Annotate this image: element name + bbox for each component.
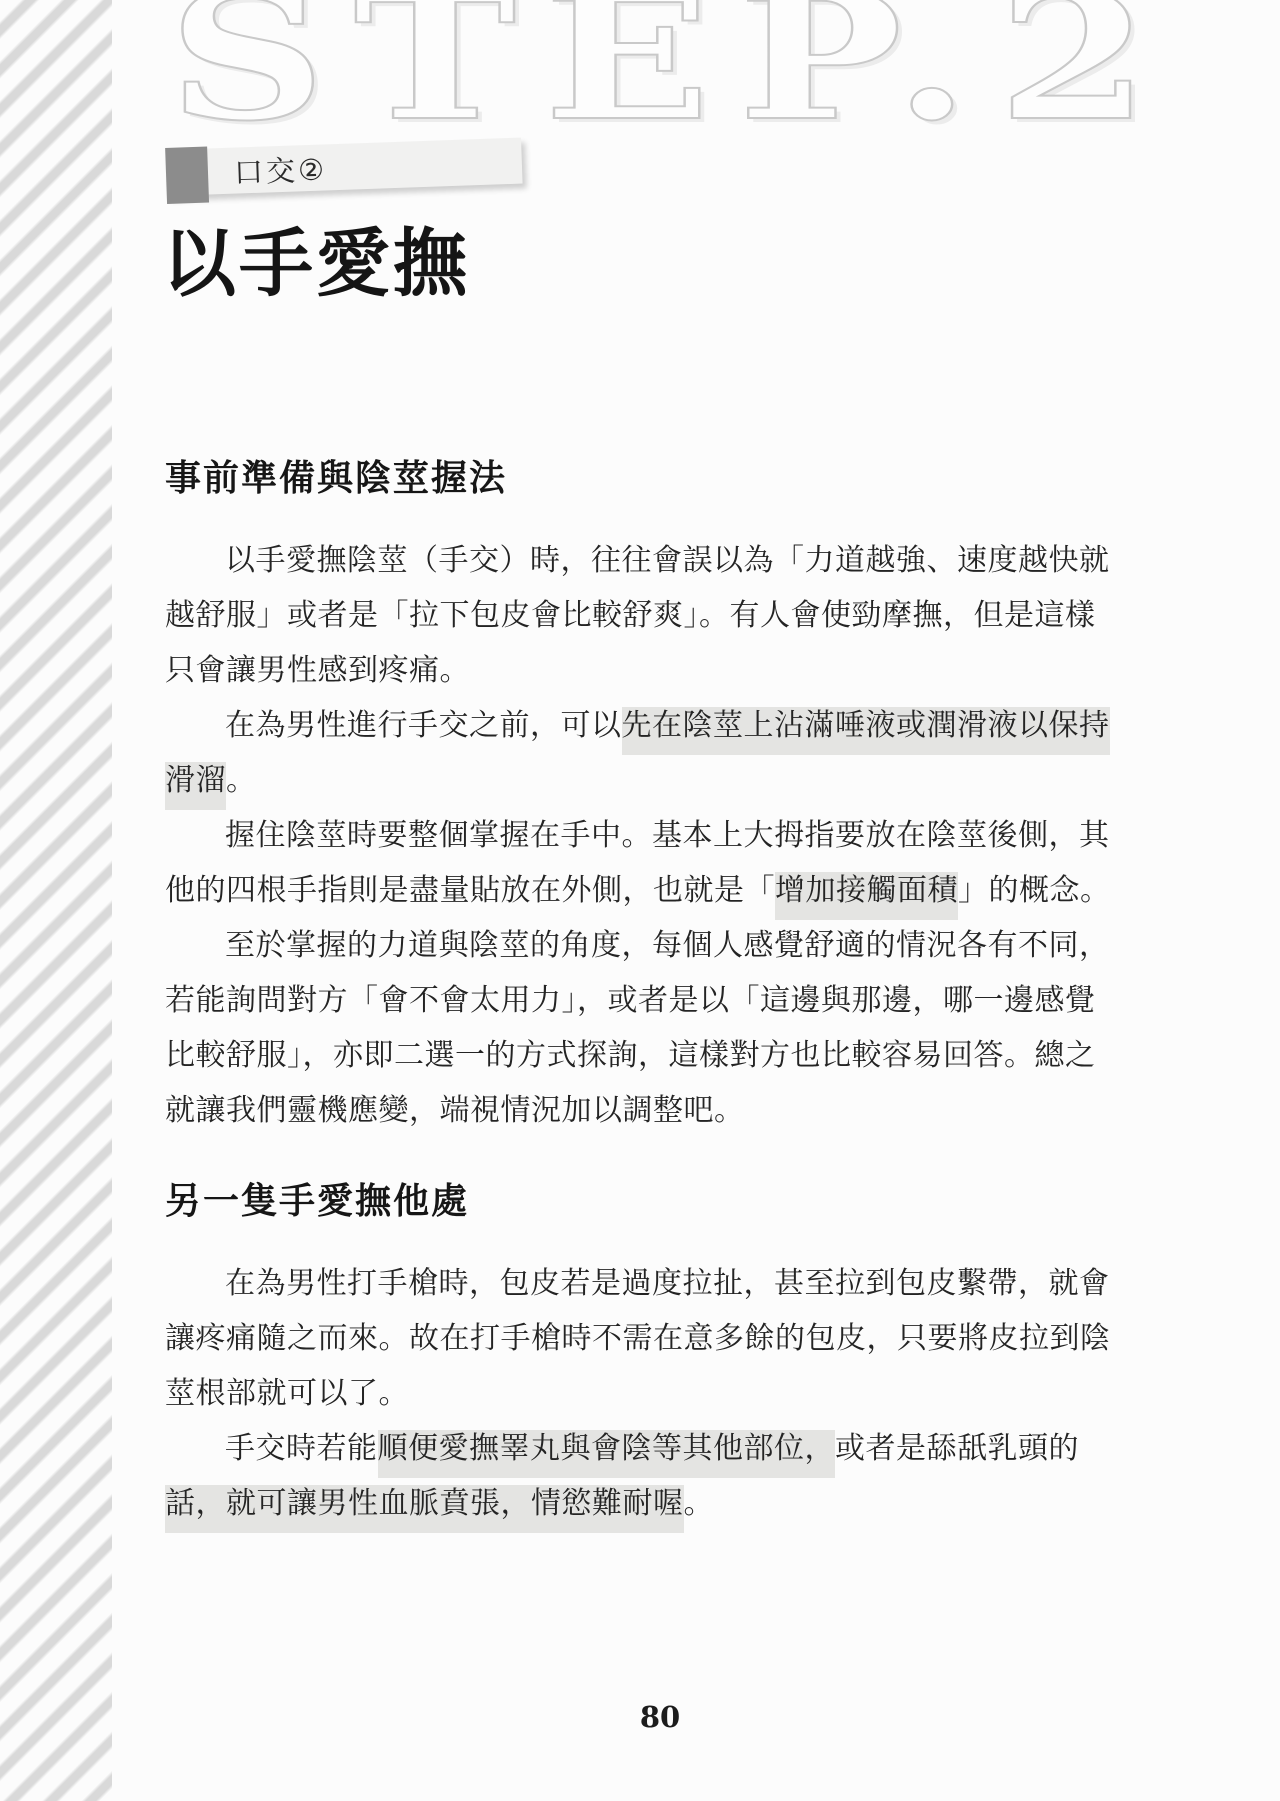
text-segment: 就讓我們靈機應變，端視情況加以調整吧。 <box>165 1094 745 1127</box>
text-segment: 在為男性打手槍時，包皮若是過度拉扯，甚至拉到包皮繫帶，就會 <box>225 1267 1110 1300</box>
highlighted-text: 先在陰莖上沾滿唾液或潤滑液以保持 <box>622 707 1110 755</box>
text-line: 在為男性打手槍時，包皮若是過度拉扯，甚至拉到包皮繫帶，就會 <box>165 1256 1123 1311</box>
text-segment: 手交時若能 <box>225 1432 378 1465</box>
text-segment: 至於掌握的力道與陰莖的角度，每個人感覺舒適的情況各有不同， <box>225 929 1110 962</box>
text-line: 至於掌握的力道與陰莖的角度，每個人感覺舒適的情況各有不同， <box>165 918 1123 973</box>
text-segment: 若能詢問對方「會不會太用力」，或者是以「這邊與那邊，哪一邊感覺 <box>165 984 1096 1017</box>
page-number: 80 <box>165 1700 1155 1734</box>
paragraph: 在為男性進行手交之前，可以先在陰莖上沾滿唾液或潤滑液以保持滑溜。 <box>165 698 1123 808</box>
text-segment: 以手愛撫陰莖（手交）時，往往會誤以為「力道越強、速度越快就 <box>225 544 1110 577</box>
text-line: 比較舒服」，亦即二選一的方式探詢，這樣對方也比較容易回答。總之 <box>165 1028 1123 1083</box>
text-line: 他的四根手指則是盡量貼放在外側，也就是「增加接觸面積」的概念。 <box>165 863 1123 918</box>
highlighted-text: 增加接觸面積 <box>775 872 958 920</box>
text-line: 在為男性進行手交之前，可以先在陰莖上沾滿唾液或潤滑液以保持 <box>165 698 1123 753</box>
text-segment: 比較舒服」，亦即二選一的方式探詢，這樣對方也比較容易回答。總之 <box>165 1039 1096 1072</box>
text-segment: 莖根部就可以了。 <box>165 1377 409 1410</box>
paragraph: 在為男性打手槍時，包皮若是過度拉扯，甚至拉到包皮繫帶，就會讓疼痛隨之而來。故在打… <box>165 1256 1123 1421</box>
text-segment: 他的四根手指則是盡量貼放在外側，也就是「 <box>165 874 775 907</box>
chapter-tag-label: 口交② <box>233 147 327 191</box>
text-line: 莖根部就可以了。 <box>165 1366 1123 1421</box>
text-line: 就讓我們靈機應變，端視情況加以調整吧。 <box>165 1083 1123 1138</box>
highlighted-text: 順便愛撫睪丸與會陰等其他部位， <box>378 1430 836 1478</box>
text-line: 越舒服」或者是「拉下包皮會比較舒爽」。有人會使勁摩撫，但是這樣 <box>165 588 1123 643</box>
text-line: 滑溜。 <box>165 753 1123 808</box>
text-line: 若能詢問對方「會不會太用力」，或者是以「這邊與那邊，哪一邊感覺 <box>165 973 1123 1028</box>
text-line: 以手愛撫陰莖（手交）時，往往會誤以為「力道越強、速度越快就 <box>165 533 1123 588</box>
text-segment: 或者是舔舐乳頭的 <box>835 1432 1079 1465</box>
text-line: 讓疼痛隨之而來。故在打手槍時不需在意多餘的包皮，只要將皮拉到陰 <box>165 1311 1123 1366</box>
content-area: 事前準備與陰莖握法以手愛撫陰莖（手交）時，往往會誤以為「力道越強、速度越快就越舒… <box>165 455 1123 1531</box>
diagonal-stripe-band <box>0 0 112 1801</box>
text-segment: 。 <box>684 1487 715 1520</box>
tag-accent-block <box>165 147 209 205</box>
text-segment: 在為男性進行手交之前，可以 <box>225 709 622 742</box>
text-segment: 握住陰莖時要整個掌握在手中。基本上大拇指要放在陰莖後側，其 <box>225 819 1110 852</box>
section-heading: 事前準備與陰莖握法 <box>165 455 1123 503</box>
page-title: 以手愛撫 <box>162 205 470 311</box>
text-line: 握住陰莖時要整個掌握在手中。基本上大拇指要放在陰莖後側，其 <box>165 808 1123 863</box>
text-segment: 。 <box>226 764 257 797</box>
text-segment: 只會讓男性感到疼痛。 <box>165 654 470 687</box>
paragraph: 手交時若能順便愛撫睪丸與會陰等其他部位，或者是舔舐乳頭的話，就可讓男性血脈賁張，… <box>165 1421 1123 1531</box>
text-segment: 越舒服」或者是「拉下包皮會比較舒爽」。有人會使勁摩撫，但是這樣 <box>165 599 1096 632</box>
step-watermark: STEP.2 <box>168 0 1177 145</box>
highlighted-text: 滑溜 <box>165 762 226 810</box>
text-line: 只會讓男性感到疼痛。 <box>165 643 1123 698</box>
paragraph: 至於掌握的力道與陰莖的角度，每個人感覺舒適的情況各有不同，若能詢問對方「會不會太… <box>165 918 1123 1138</box>
paragraph: 握住陰莖時要整個掌握在手中。基本上大拇指要放在陰莖後側，其他的四根手指則是盡量貼… <box>165 808 1123 918</box>
section-heading: 另一隻手愛撫他處 <box>165 1178 1123 1226</box>
text-line: 話，就可讓男性血脈賁張，情慾難耐喔。 <box>165 1476 1123 1531</box>
paragraph: 以手愛撫陰莖（手交）時，往往會誤以為「力道越強、速度越快就越舒服」或者是「拉下包… <box>165 533 1123 698</box>
highlighted-text: 話，就可讓男性血脈賁張，情慾難耐喔 <box>165 1485 684 1533</box>
text-line: 手交時若能順便愛撫睪丸與會陰等其他部位，或者是舔舐乳頭的 <box>165 1421 1123 1476</box>
text-segment: 」的概念。 <box>958 874 1111 907</box>
text-segment: 讓疼痛隨之而來。故在打手槍時不需在意多餘的包皮，只要將皮拉到陰 <box>165 1322 1111 1355</box>
